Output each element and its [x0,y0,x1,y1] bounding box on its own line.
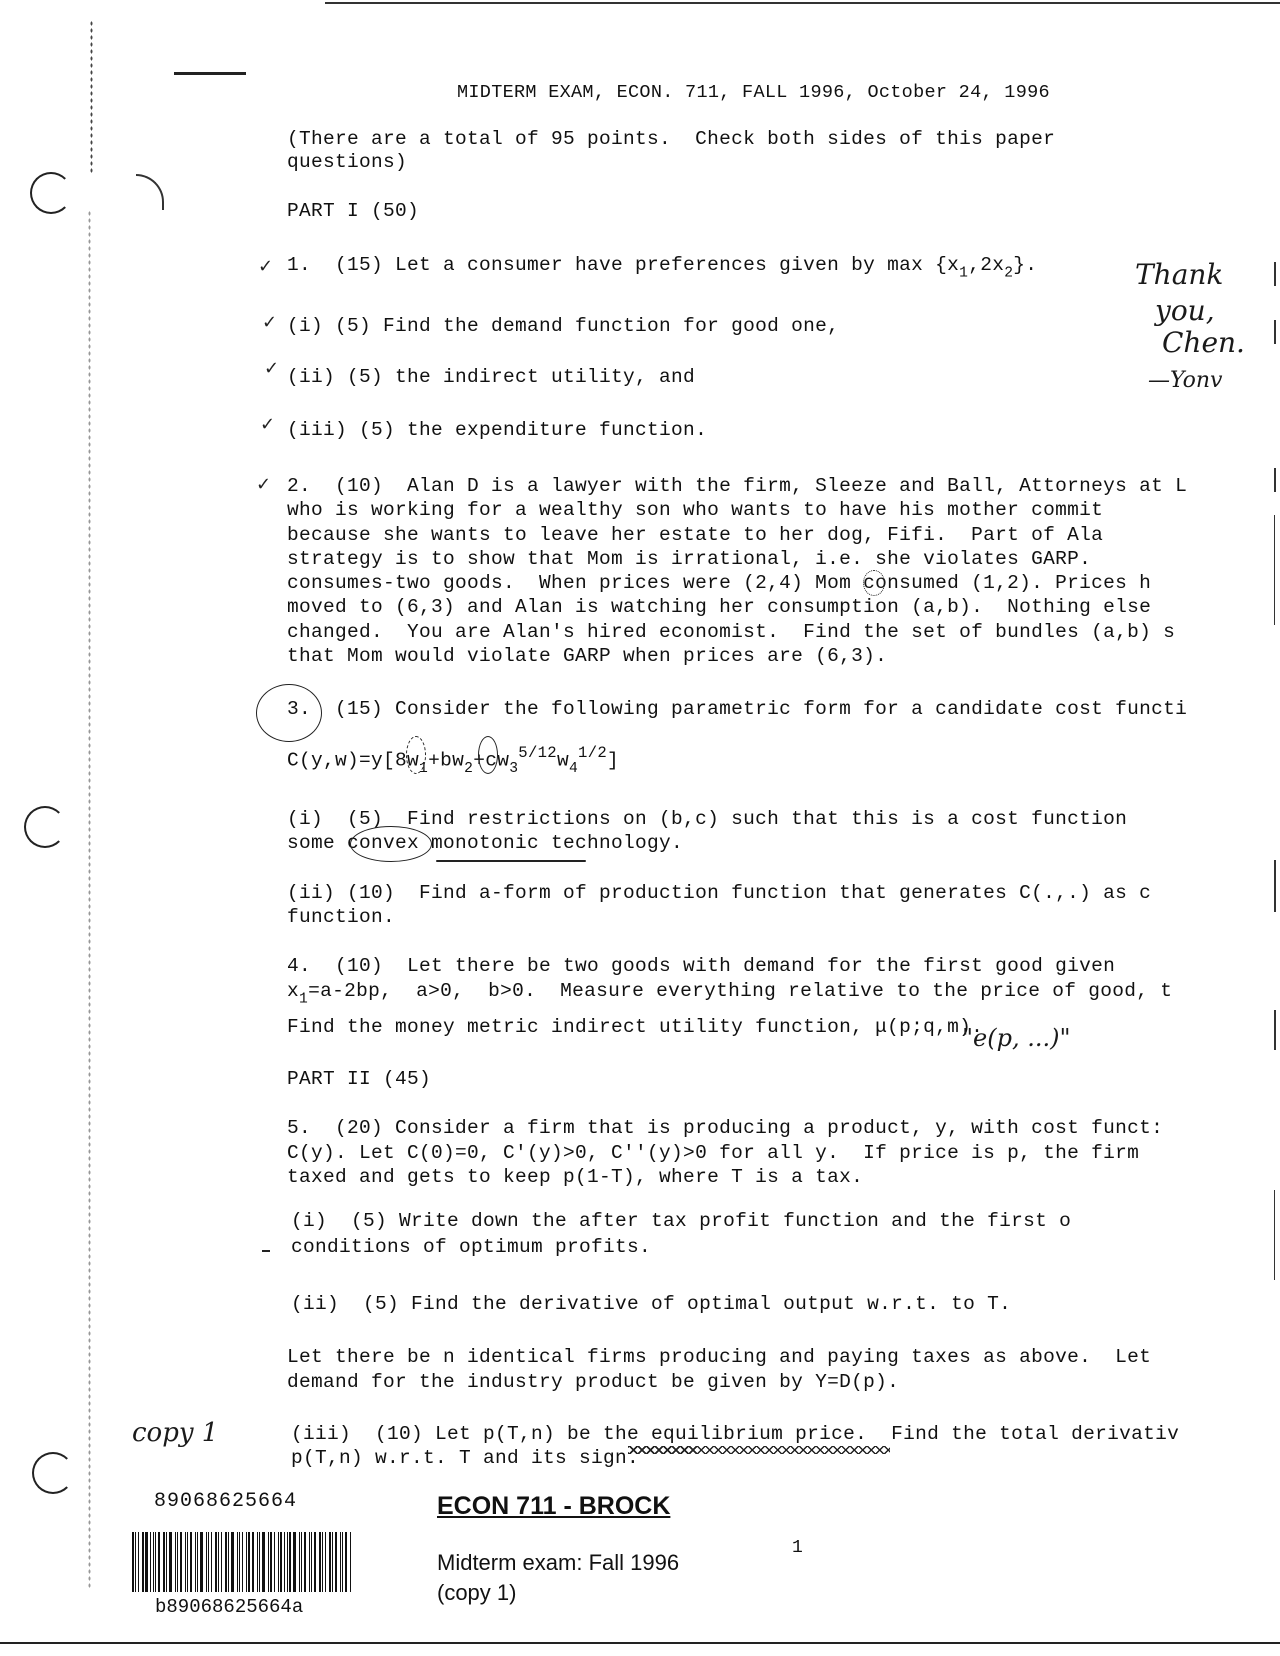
question-5-part-ii: (ii) (5) Find the derivative of optimal … [291,1293,1011,1315]
question-3-part-ii-line-1: (ii) (10) Find a-form of production func… [287,882,1151,904]
barcode-bar [311,1532,312,1592]
question-2-line: who is working for a wealthy son who wan… [287,498,1187,522]
barcode-bar [145,1532,148,1592]
barcode-bar [206,1532,207,1592]
handwritten-circle [406,736,426,774]
margin-speckle [88,210,91,1590]
scan-edge-mark [1274,860,1276,912]
barcode-bar [175,1532,176,1592]
question-5-part-iii-line-2: p(T,n) w.r.t. T and its sign. [291,1447,639,1469]
handwritten-note-line-2: you, [1155,294,1215,327]
barcode-bar [329,1532,332,1592]
barcode-bar [215,1532,217,1592]
barcode-bar [340,1532,341,1592]
question-4-line-3: Find the money metric indirect utility f… [287,1016,983,1038]
question-5-line: 5. (20) Consider a firm that is producin… [287,1116,1163,1141]
barcode-bar [195,1532,197,1592]
barcode-bar [185,1532,186,1592]
barcode-bar [248,1532,250,1592]
page-number: 1 [792,1538,803,1558]
barcode-bar [309,1532,310,1592]
part-1-heading: PART I (50) [287,200,419,222]
barcode-bar [166,1532,167,1592]
barcode-bar [287,1532,288,1592]
exam-subtitle-line-2: (copy 1) [437,1578,516,1608]
handwritten-q4-note: "e(p, ...)" [962,1024,1071,1052]
handwritten-underline [436,860,586,862]
barcode-bar [270,1532,272,1592]
barcode-bar [289,1532,291,1592]
check-mark-icon: ✓ [264,358,279,379]
handwritten-id: 89068625664 [154,1490,297,1513]
barcode-bar [190,1532,192,1592]
question-5-part-i-line-2: conditions of optimum profits. [291,1236,651,1258]
barcode-bar [242,1532,243,1592]
scan-edge-mark [1274,468,1276,492]
handwritten-note-line-4: —Yonv [1148,368,1222,393]
question-4-line-2: x1=a-2bp, a>0, b>0. Measure everything r… [287,980,1172,1008]
scan-arc [136,174,164,210]
barcode-bar [180,1532,182,1592]
barcode-bar [155,1532,156,1592]
question-1-part-iii: (iii) (5) the expenditure function. [287,419,707,441]
question-2: 2. (10) Alan D is a lawyer with the firm… [287,474,1187,668]
barcode-label: b89068625664a [155,1596,303,1618]
barcode-bar [268,1532,269,1592]
question-5-part-iii-line-1: (iii) (10) Let p(T,n) be the equilibrium… [291,1423,1179,1445]
barcode-bar [274,1532,275,1592]
barcode-bar [345,1532,347,1592]
scan-top-rule [325,2,1280,4]
barcode-bar [259,1532,260,1592]
barcode-bar [163,1532,165,1592]
scan-dash [174,72,246,75]
question-2-line: moved to (6,3) and Alan is watching her … [287,595,1187,619]
barcode-bar [142,1532,144,1592]
scan-bottom-rule [0,1642,1280,1644]
barcode-bar [228,1532,229,1592]
question-3-part-i-line-2: some convex monotonic technology. [287,832,683,854]
part-2-heading: PART II (45) [287,1068,431,1090]
barcode-bar [284,1532,285,1592]
exam-title: MIDTERM EXAM, ECON. 711, FALL 1996, Octo… [457,82,1050,103]
handwritten-circle [863,570,885,596]
barcode-bar [177,1532,178,1592]
barcode-bar [211,1532,212,1592]
question-1-part-ii: (ii) (5) the indirect utility, and [287,366,695,388]
barcode-bar [132,1532,134,1592]
barcode-bar [293,1532,296,1592]
barcode-bar [150,1532,151,1592]
exam-subtitle-line-1: Midterm exam: Fall 1996 [437,1548,679,1578]
barcode-bar [246,1532,247,1592]
check-mark-icon: ✓ [260,414,275,435]
barcode-bar [135,1532,136,1592]
question-5: 5. (20) Consider a firm that is producin… [287,1116,1163,1190]
barcode-bar [299,1532,300,1592]
barcode-bar [342,1532,343,1592]
question-3-formula: C(y,w)=y[8w1+bw2+cw35/12w41/2] [287,744,619,777]
barcode-bar [280,1532,282,1592]
barcode-bar [138,1532,139,1592]
question-2-line: strategy is to show that Mom is irration… [287,547,1187,571]
barcode-bar [257,1532,258,1592]
barcode-bar [252,1532,254,1592]
instructions-line-1: (There are a total of 95 points. Check b… [287,128,1055,150]
instructions-line-2: questions) [287,151,407,173]
barcode-bar [221,1532,222,1592]
question-5-part-i-line-1: (i) (5) Write down the after tax profit … [291,1210,1071,1232]
barcode-bar [208,1532,209,1592]
barcode-bar [231,1532,234,1592]
check-mark-icon: ✓ [256,474,271,495]
barcode-bar [350,1532,351,1592]
question-3-stem: 3. (15) Consider the following parametri… [287,698,1187,720]
handwritten-circle [478,736,498,774]
punch-hole-icon [24,806,66,848]
handwritten-copy-note: copy 1 [132,1418,218,1448]
barcode-bar [335,1532,337,1592]
check-mark-icon: ✓ [262,312,277,333]
handwritten-note-line-3: Chen. [1162,326,1245,359]
handwritten-wavy-underline [628,1446,890,1454]
barcode-bar [301,1532,302,1592]
scan-edge-mark [1274,262,1276,286]
barcode-icon [132,1532,352,1592]
question-5-context-line-1: Let there be n identical firms producing… [287,1346,1151,1368]
barcode-bar [197,1532,198,1592]
barcode-bar [262,1532,265,1592]
barcode-bar [304,1532,306,1592]
barcode-bar [278,1532,279,1592]
handwritten-note-line-1: Thank [1135,258,1223,291]
barcode-bar [325,1532,326,1592]
scan-edge-mark [1274,1010,1276,1050]
barcode-bar [322,1532,323,1592]
barcode-bar [158,1532,160,1592]
punch-hole-icon [30,172,72,214]
question-4-line-1: 4. (10) Let there be two goods with dema… [287,955,1115,977]
course-label: ECON 711 - BROCK [437,1492,670,1521]
barcode-bar [218,1532,219,1592]
barcode-bar [169,1532,172,1592]
question-2-line: that Mom would violate GARP when prices … [287,644,1187,668]
barcode-bar [332,1532,333,1592]
question-5-line: taxed and gets to keep p(1-T), where T i… [287,1165,1163,1190]
question-2-line: 2. (10) Alan D is a lawyer with the firm… [287,474,1187,498]
stray-dash [262,1250,270,1252]
question-2-line: because she wants to leave her estate to… [287,523,1187,547]
margin-speckle [90,20,93,175]
question-1-part-i: (i) (5) Find the demand function for goo… [287,315,839,337]
question-3-part-ii-line-2: function. [287,906,395,928]
barcode-bar [319,1532,321,1592]
scan-edge-mark [1274,1190,1275,1280]
scan-edge-mark [1274,320,1276,344]
question-2-line: consumes-two goods. When prices were (2,… [287,571,1187,595]
barcode-bar [237,1532,239,1592]
question-1-stem: 1. (15) Let a consumer have preferences … [287,254,1037,282]
question-5-line: C(y). Let C(0)=0, C'(y)>0, C''(y)>0 for … [287,1141,1163,1166]
barcode-bar [187,1532,188,1592]
question-3-part-i-line-1: (i) (5) Find restrictions on (b,c) such … [287,808,1127,830]
question-5-context-line-2: demand for the industry product be given… [287,1371,899,1393]
barcode-bar [239,1532,240,1592]
barcode-bar [153,1532,154,1592]
handwritten-circle [350,826,432,862]
barcode-bar [225,1532,227,1592]
barcode-bar [314,1532,316,1592]
barcode-bar [200,1532,203,1592]
punch-hole-icon [32,1452,74,1494]
check-mark-icon: ✓ [258,256,273,277]
scan-edge-mark [1274,515,1275,625]
question-2-line: changed. You are Alan's hired economist.… [287,620,1187,644]
